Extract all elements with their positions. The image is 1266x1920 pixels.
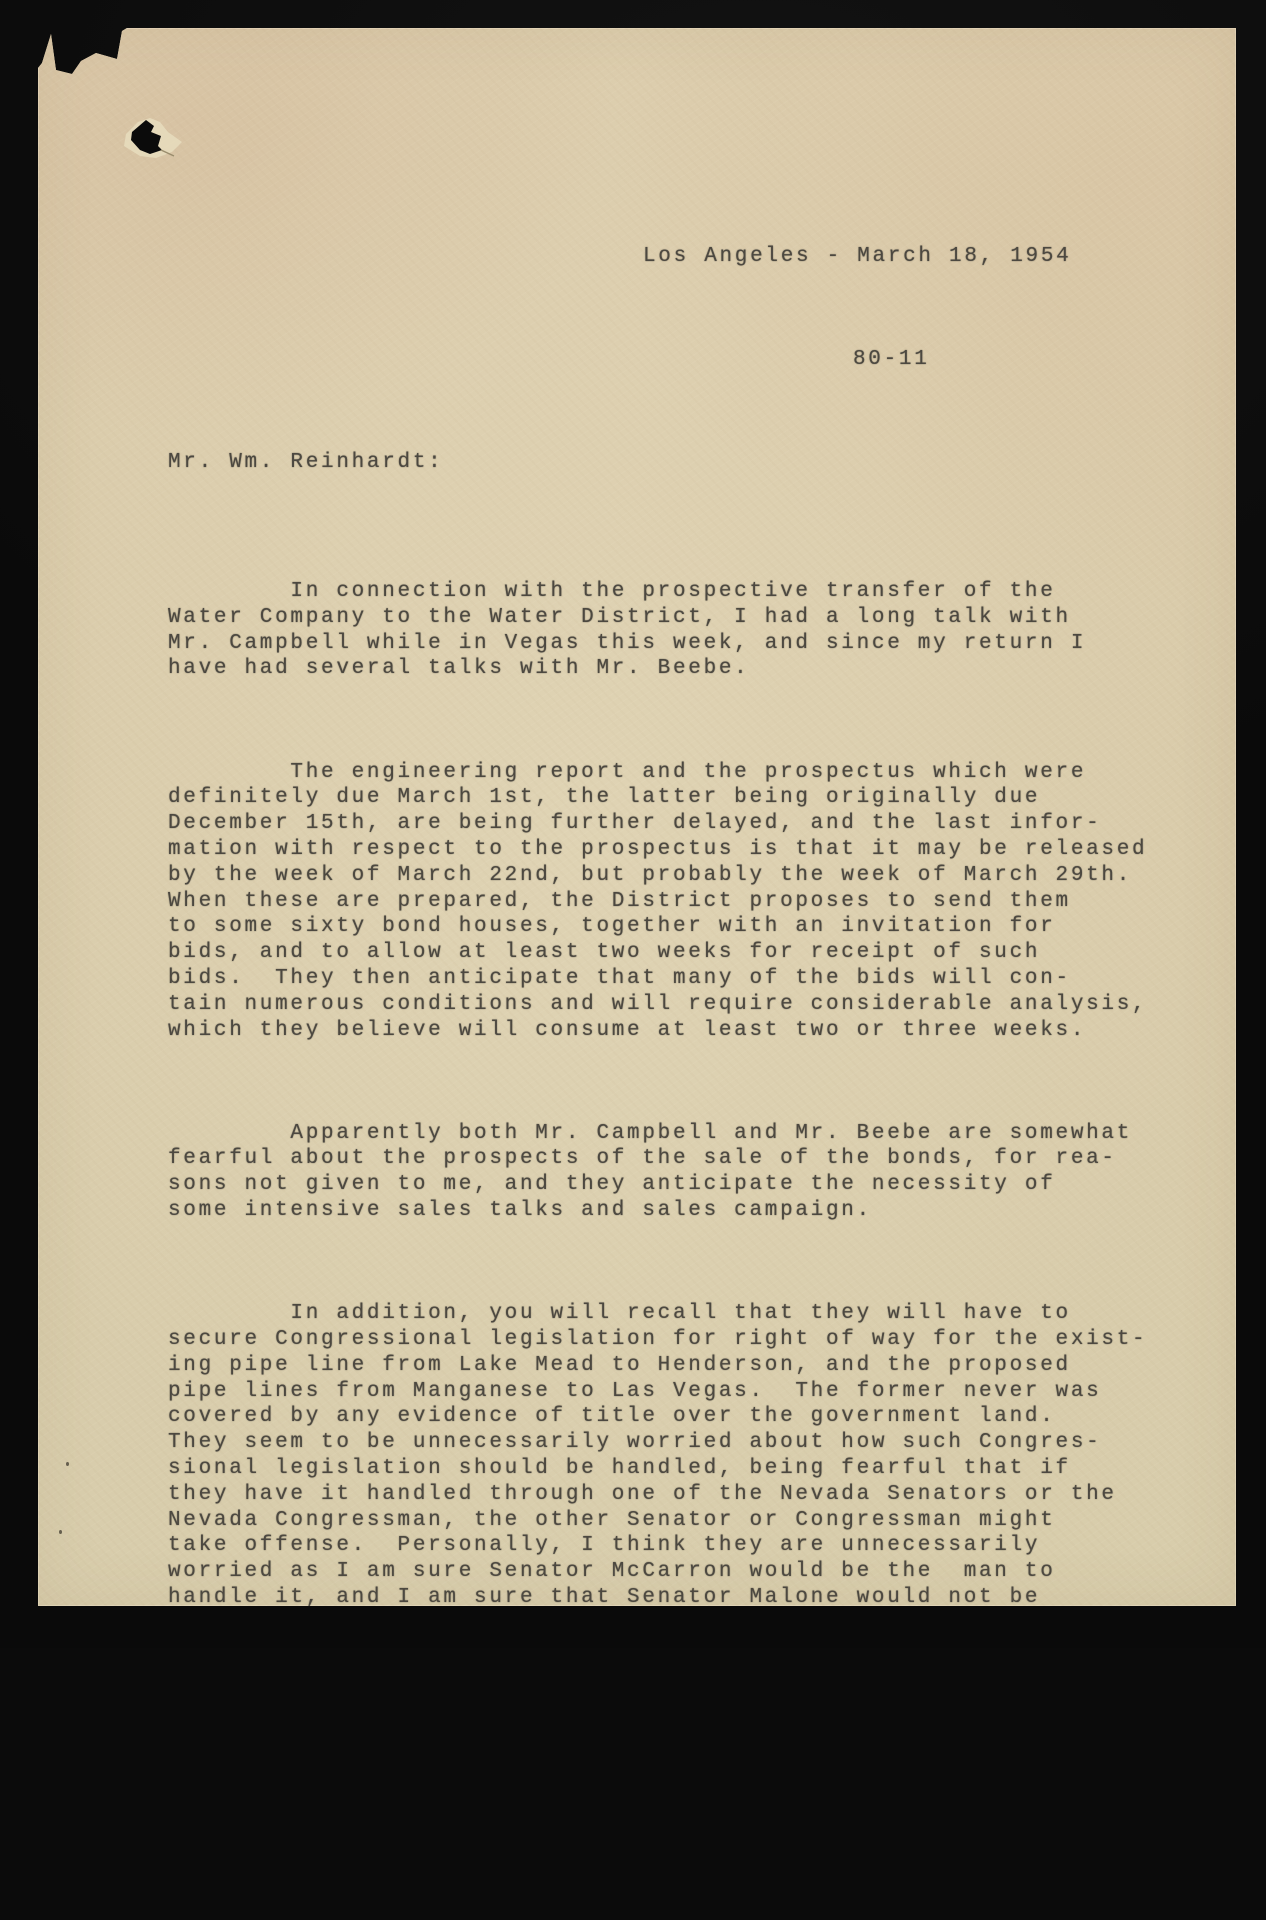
paper-hole [116, 112, 190, 168]
letter-paragraph-1: In connection with the prospective trans… [168, 579, 1178, 682]
paper-speck [66, 1462, 69, 1466]
letter-page: Los Angeles - March 18, 1954 80-11 Mr. W… [38, 28, 1236, 1606]
paper-hole-graphic [116, 112, 190, 168]
salutation: Mr. Wm. Reinhardt: [168, 450, 1178, 476]
letter-paragraph-3: Apparently both Mr. Campbell and Mr. Bee… [168, 1121, 1178, 1224]
letter-paragraph-2: The engineering report and the prospectu… [168, 760, 1178, 1044]
letter-paragraph-4: In addition, you will recall that they w… [168, 1301, 1178, 1648]
file-number: 80-11 [853, 347, 1178, 373]
dateline: Los Angeles - March 18, 1954 [643, 244, 1178, 270]
paper-speck [59, 1530, 62, 1534]
letter-body: Los Angeles - March 18, 1954 80-11 Mr. W… [168, 192, 1178, 1648]
